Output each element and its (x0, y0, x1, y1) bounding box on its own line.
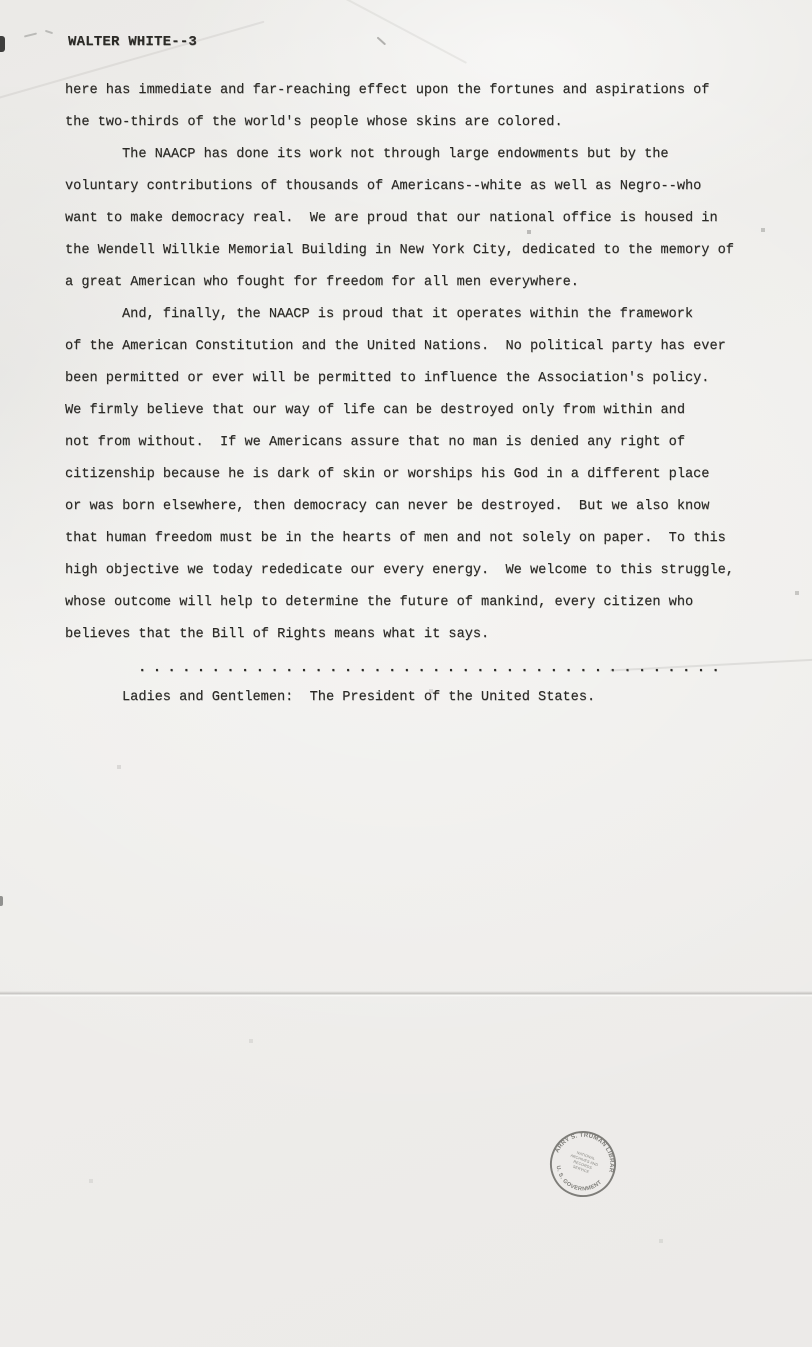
page-header: WALTER WHITE--3 (68, 34, 197, 50)
text-line: the two-thirds of the world's people who… (65, 107, 771, 139)
document-body: here has immediate and far-reaching effe… (65, 75, 771, 651)
text-line: here has immediate and far-reaching effe… (65, 75, 771, 107)
text-line: a great American who fought for freedom … (65, 267, 771, 299)
text-line: We firmly believe that our way of life c… (65, 395, 771, 427)
text-line: been permitted or ever will be permitted… (65, 363, 771, 395)
truman-library-archives-stamp: HARRY S. TRUMAN LIBRARY U. S. GOVERNMENT… (532, 1113, 635, 1216)
text-line: high objective we today rededicate our e… (65, 555, 771, 587)
diagonal-crease (263, 0, 467, 64)
pencil-mark (24, 32, 37, 37)
text-line: whose outcome will help to determine the… (65, 587, 771, 619)
pencil-mark (377, 37, 386, 46)
text-line: voluntary contributions of thousands of … (65, 171, 771, 203)
text-line: And, finally, the NAACP is proud that it… (65, 299, 771, 331)
scan-edge-mark (0, 36, 5, 52)
text-line: that human freedom must be in the hearts… (65, 523, 771, 555)
document-page: WALTER WHITE--3 here has immediate and f… (0, 0, 812, 1347)
text-line: of the American Constitution and the Uni… (65, 331, 771, 363)
text-line: want to make democracy real. We are prou… (65, 203, 771, 235)
text-line: citizenship because he is dark of skin o… (65, 459, 771, 491)
text-line: not from without. If we Americans assure… (65, 427, 771, 459)
text-line: the Wendell Willkie Memorial Building in… (65, 235, 771, 267)
text-line: believes that the Bill of Rights means w… (65, 619, 771, 651)
paper-specks (0, 0, 2, 2)
closing-line: Ladies and Gentlemen: The President of t… (122, 690, 595, 705)
text-line: or was born elsewhere, then democracy ca… (65, 491, 771, 523)
scan-edge-mark (0, 896, 3, 906)
horizontal-fold-crease (0, 991, 812, 997)
text-line: The NAACP has done its work not through … (65, 139, 771, 171)
pencil-mark (45, 30, 53, 34)
